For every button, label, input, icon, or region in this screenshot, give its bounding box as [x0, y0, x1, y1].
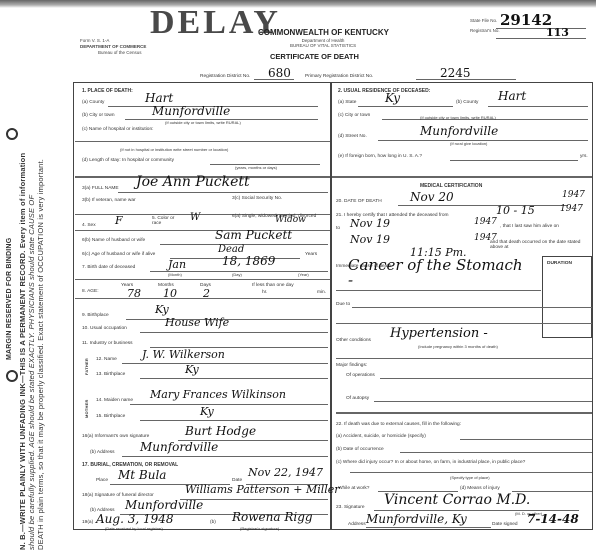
- operations-label: Of operations: [346, 373, 375, 378]
- informant-addr-value: Munfordville: [140, 440, 218, 454]
- res-street-value: Munfordville: [420, 124, 498, 138]
- state-file-label: State File No.: [470, 16, 500, 26]
- state-file-number: 29142: [500, 11, 552, 29]
- due-to-label: Due to: [336, 302, 350, 307]
- min-label: min.: [317, 290, 326, 295]
- father-birth-label: 13. Birthplace: [96, 372, 125, 377]
- bureau-label: Bureau of the Census: [80, 50, 146, 56]
- father-name-label: 12. Name: [96, 357, 117, 362]
- date-signed-label: Date signed: [492, 522, 518, 527]
- father-tag: FATHER: [84, 358, 89, 375]
- physician-addr-label: Address: [348, 522, 366, 527]
- spouse-label: 6(b) Name of husband or wife: [82, 238, 145, 243]
- bureau-vital-label: BUREAU OF VITAL STATISTICS: [290, 43, 356, 48]
- duration-label: DURATION: [547, 261, 572, 266]
- margin-instruction-1: N. B.—WRITE PLAINLY WITH UNFADING INK—TH…: [18, 153, 27, 550]
- veteran-label: 3(b) If veteran, name war: [82, 198, 136, 203]
- marital-value: Widow: [275, 215, 306, 225]
- industry-label: 11. Industry or business: [82, 341, 133, 346]
- reg-district-value: 680: [268, 66, 291, 80]
- birth-label: 7. Birth date of deceased: [82, 265, 135, 270]
- column-divider: [330, 82, 332, 530]
- father-birth-value: Ky: [185, 363, 199, 376]
- attend-to-value: Nov 19: [350, 217, 390, 230]
- attend-from-year: 1947: [560, 204, 583, 214]
- director-addr-value: Munfordville: [125, 498, 203, 512]
- res-city-hint: (If outside city or town limits, write R…: [420, 115, 496, 120]
- res-county-value: Hart: [498, 89, 526, 103]
- binding-margin: MARGIN RESERVED FOR BINDING N. B.—WRITE …: [0, 30, 44, 550]
- cause-value: Cancer of the Stomach -: [348, 258, 528, 288]
- date-signed-value: 7-14-48: [527, 512, 579, 526]
- primary-reg-label: Primary Registration District No.: [305, 74, 373, 79]
- occupation-label: 10. Usual occupation: [82, 326, 127, 331]
- res-foreign-unit: yrs.: [580, 154, 588, 159]
- state-title: COMMONWEALTH OF KENTUCKY: [258, 28, 389, 37]
- means-of-injury-label: (d) Means of injury: [460, 486, 500, 491]
- certificate-title: CERTIFICATE OF DEATH: [270, 52, 359, 61]
- birth-year-hint: (Year): [298, 272, 309, 277]
- medical-heading: MEDICAL CERTIFICATION: [420, 183, 482, 189]
- pod-stay-hint: (years, months or days): [235, 165, 277, 170]
- pod-stay-label: (d) Length of stay: In hospital or commu…: [82, 158, 174, 163]
- registrar-hint: (Registrar's signature): [240, 526, 279, 531]
- pod-hospital-hint: (If not in hospital or institution write…: [120, 147, 228, 152]
- pod-city-label: (b) City or town: [82, 113, 115, 118]
- burial-place-label: Place: [96, 478, 108, 483]
- mother-tag: MOTHER: [84, 399, 89, 418]
- state-department: Department of Health BUREAU OF VITAL STA…: [290, 38, 356, 48]
- margin-instruction-3: DEATH in plain terms, so that it may be …: [36, 159, 45, 550]
- birth-month-value: Jan: [168, 258, 186, 271]
- injury-place-label: (c) Where did injury occur? In or about …: [336, 460, 525, 465]
- pod-county-label: (a) County: [82, 100, 104, 105]
- sex-value: F: [115, 214, 123, 227]
- duration-box: [542, 256, 592, 338]
- form-origin: Form V. S. 1-A DEPARTMENT OF COMMERCE Bu…: [80, 38, 146, 56]
- occurrence-date-label: (b) Date of occurrence: [336, 447, 384, 452]
- registrar-sig-value: Rowena Rigg: [232, 510, 313, 524]
- spouse-age-unit: Years: [305, 252, 317, 257]
- margin-note-binding: MARGIN RESERVED FOR BINDING: [6, 238, 13, 360]
- res-state-label: (a) State: [338, 100, 356, 105]
- binding-hole-bottom: [6, 370, 18, 382]
- birth-dayyear-value: 18, 1869: [222, 254, 275, 268]
- file-number-box: State File No. Registrar's No.: [470, 16, 500, 36]
- place-of-death-heading: 1. PLACE OF DEATH:: [82, 88, 133, 94]
- spouse-value: Sam Puckett: [215, 228, 292, 242]
- name-label: 3(a) FULL NAME: [82, 186, 119, 191]
- accident-label: (a) Accident, suicide, or homicide (spec…: [336, 434, 426, 439]
- attend-to-label: to: [336, 226, 340, 231]
- other-conditions-label: Other conditions: [336, 338, 371, 343]
- res-county-label: (b) County: [456, 100, 478, 105]
- pod-hospital-label: (c) Name of hospital or institution:: [82, 127, 153, 132]
- pod-county-value: Hart: [145, 91, 173, 105]
- color-value: W: [190, 212, 200, 223]
- hr-label: hr.: [262, 290, 267, 295]
- received-label: 19(a): [82, 520, 93, 525]
- occupation-value: House Wife: [165, 316, 229, 329]
- sex-label: 4. Sex: [82, 223, 96, 228]
- external-causes-label: 22. If death was due to external causes,…: [336, 422, 461, 427]
- informant-addr-label: (b) Address: [90, 450, 115, 455]
- autopsy-label: Of autopsy: [346, 396, 369, 401]
- spouse-age-label: 6(c) Age of husband or wife if alive: [82, 252, 155, 257]
- other-conditions-value: Hypertension -: [390, 326, 488, 341]
- physician-sig-value: Vincent Corrao M.D.: [384, 492, 530, 508]
- informant-sig-value: Burt Hodge: [185, 424, 256, 438]
- received-value: Aug. 3, 1948: [96, 512, 174, 526]
- attend-to-year: 1947: [474, 217, 497, 227]
- dod-value: Nov 20: [410, 190, 454, 204]
- dod-year-value: 1947: [562, 190, 585, 200]
- scan-edge: [0, 0, 596, 8]
- physician-sig-label: 23. Signature: [336, 505, 365, 510]
- mother-name-label: 14. Maiden name: [96, 398, 133, 403]
- mother-name-value: Mary Frances Wilkinson: [150, 388, 286, 401]
- name-value: Joe Ann Puckett: [136, 174, 250, 190]
- primary-reg-value: 2245: [440, 66, 471, 80]
- director-value: Williams Patterson + Miller: [185, 483, 340, 496]
- last-saw-value: Nov 19: [350, 233, 390, 246]
- birth-month-hint: (Month): [168, 272, 182, 277]
- res-foreign-label: (e) If foreign born, how long in U. S. A…: [338, 154, 422, 159]
- last-saw-label: , that I last saw him alive on: [500, 224, 559, 229]
- margin-instruction-2: should be carefully supplied. AGE should…: [27, 195, 36, 550]
- age-label: 8. AGE:: [82, 289, 99, 294]
- physician-addr-value: Munfordville, Ky: [366, 512, 467, 526]
- birthplace-value: Ky: [155, 303, 169, 316]
- burial-place-value: Mt Bula: [118, 468, 166, 482]
- mother-birth-label: 15. Birthplace: [96, 414, 125, 419]
- mother-birth-value: Ky: [200, 405, 214, 418]
- major-findings-label: Major findings:: [336, 363, 367, 368]
- other-conditions-hint: (Include pregnancy within 3 months of de…: [418, 344, 498, 349]
- pod-city-hint: (If outside city or town limits, write R…: [165, 120, 241, 125]
- res-street-hint: (If rural give location): [450, 141, 487, 146]
- ssn-label: 3(c) Social Security No.: [232, 196, 282, 201]
- res-street-label: (d) Street No.: [338, 134, 367, 139]
- binding-hole-top: [6, 128, 18, 140]
- father-name-value: J. W. Wilkerson: [142, 348, 225, 361]
- attend-from-value: 10 - 15: [496, 204, 535, 217]
- birthplace-label: 9. Birthplace: [82, 313, 109, 318]
- res-city-label: (c) City or town: [338, 113, 370, 118]
- registrar-label: (b): [210, 520, 216, 525]
- birth-day-hint: (Day): [232, 272, 242, 277]
- less-day-label: If less than one day: [252, 283, 294, 288]
- received-hint: (Date received by local registrar): [105, 526, 163, 531]
- dod-label: 20. DATE OF DEATH: [336, 199, 382, 204]
- burial-date-value: Nov 22, 1947: [248, 466, 323, 479]
- death-occurred-label: and that death occurred on the date stat…: [490, 240, 590, 250]
- pod-city-value: Munfordville: [152, 104, 230, 118]
- informant-sig-label: 16(a) Informant's own signature: [82, 434, 149, 439]
- reg-district-label: Registration District No.: [200, 74, 250, 79]
- res-state-value: Ky: [385, 91, 400, 105]
- specify-place-hint: (Specify type of place): [450, 475, 490, 480]
- color-label: 5. Color or race: [152, 216, 182, 226]
- at-work-label: While at work?: [338, 486, 369, 491]
